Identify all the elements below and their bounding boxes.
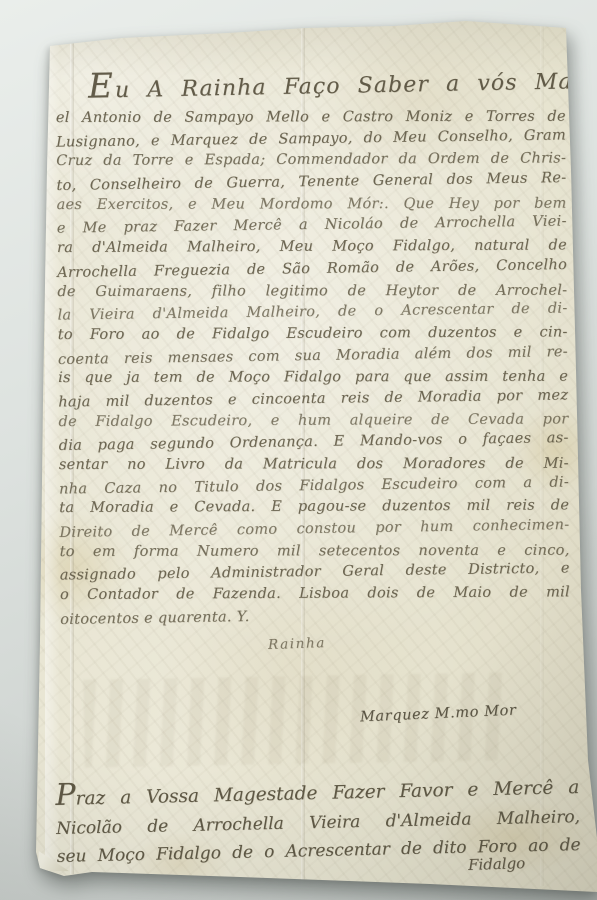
photo-background: V. Eu A Rainha Faço Saber a vós Mano el … — [0, 0, 597, 900]
opening-line: Eu A Rainha Faço Saber a vós Mano — [88, 57, 575, 106]
paper-shadow: V. Eu A Rainha Faço Saber a vós Mano el … — [0, 0, 597, 900]
royal-signature: Rainha — [268, 635, 326, 653]
petition-catchword: Fidalgo — [468, 854, 526, 874]
manuscript-paper: V. Eu A Rainha Faço Saber a vós Mano el … — [0, 0, 597, 900]
pencil-mark: V. — [61, 23, 71, 35]
manuscript-body: el Antonio de Sampayo Mello e Castro Mon… — [56, 105, 571, 630]
